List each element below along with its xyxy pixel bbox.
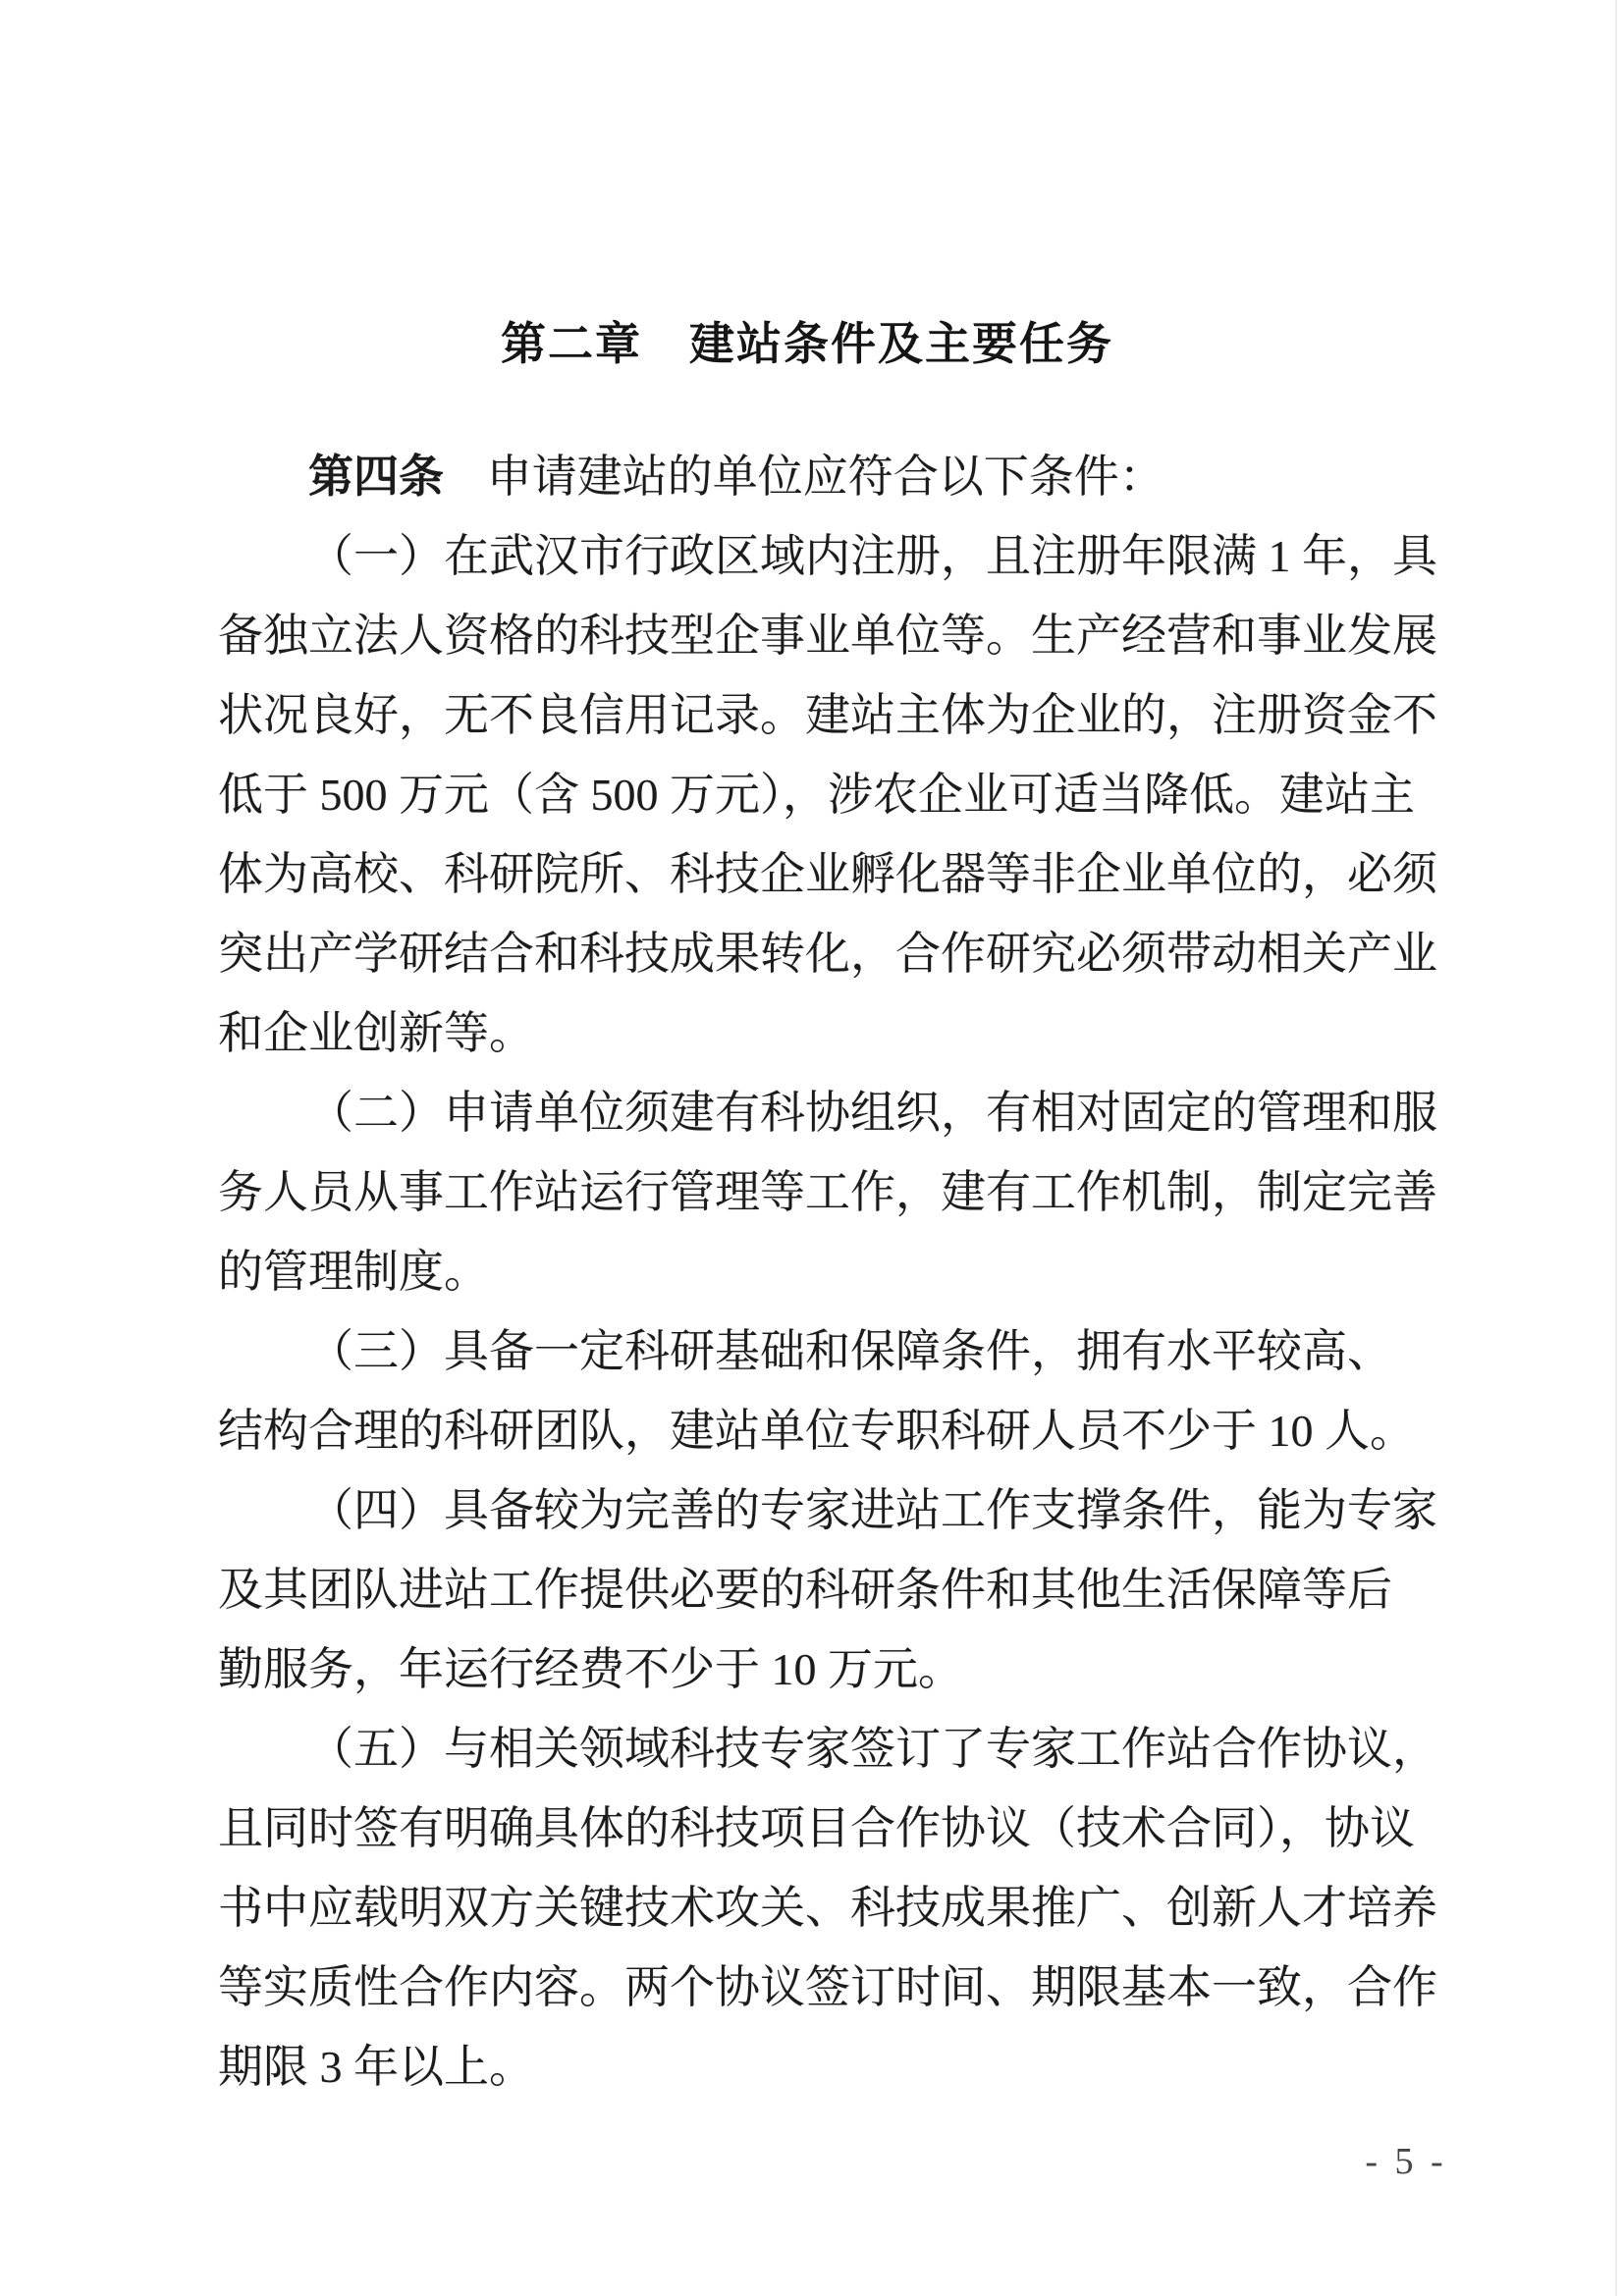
text-line: 务人员从事工作站运行管理等工作，建有工作机制，制定完善 bbox=[218, 1152, 1396, 1232]
text-line: 体为高校、科研院所、科技企业孵化器等非企业单位的，必须 bbox=[218, 834, 1396, 914]
clause-number: 第四条 bbox=[308, 452, 444, 502]
clause-intro-text: 申请建站的单位应符合以下条件： bbox=[487, 452, 1164, 502]
text-line: 状况良好，无不良信用记录。建站主体为企业的，注册资金不 bbox=[218, 675, 1396, 755]
text-line: 期限 3 年以上。 bbox=[218, 2027, 1396, 2107]
text-line: 且同时签有明确具体的科技项目合作协议（技术合同），协议 bbox=[218, 1789, 1396, 1868]
text-line: 备独立法人资格的科技型企事业单位等。生产经营和事业发展 bbox=[218, 596, 1396, 675]
scan-artifact-line bbox=[1615, 0, 1617, 2296]
text-line: （五）与相关领域科技专家签订了专家工作站合作协议， bbox=[218, 1709, 1396, 1789]
document-body: 第四条申请建站的单位应符合以下条件： （一）在武汉市行政区域内注册，且注册年限满… bbox=[218, 437, 1396, 2107]
text-line: 书中应载明双方关键技术攻关、科技成果推广、创新人才培养 bbox=[218, 1868, 1396, 1948]
clause-line: 第四条申请建站的单位应符合以下条件： bbox=[218, 437, 1396, 516]
text-line: 结构合理的科研团队，建站单位专职科研人员不少于 10 人。 bbox=[218, 1391, 1396, 1470]
text-line: （二）申请单位须建有科协组织，有相对固定的管理和服 bbox=[218, 1073, 1396, 1152]
page-number: - 5 - bbox=[1327, 2140, 1485, 2183]
text-line: 等实质性合作内容。两个协议签订时间、期限基本一致，合作 bbox=[218, 1948, 1396, 2027]
text-line: （三）具备一定科研基础和保障条件，拥有水平较高、 bbox=[218, 1311, 1396, 1391]
text-line: 的管理制度。 bbox=[218, 1232, 1396, 1311]
text-line: 及其团队进站工作提供必要的科研条件和其他生活保障等后 bbox=[218, 1550, 1396, 1629]
text-line: 和企业创新等。 bbox=[218, 993, 1396, 1073]
text-line: 低于 500 万元（含 500 万元），涉农企业可适当降低。建站主 bbox=[218, 755, 1396, 834]
document-page: 第二章 建站条件及主要任务 第四条申请建站的单位应符合以下条件： （一）在武汉市… bbox=[0, 0, 1623, 2296]
text-line: （四）具备较为完善的专家进站工作支撑条件，能为专家 bbox=[218, 1470, 1396, 1550]
text-line: （一）在武汉市行政区域内注册，且注册年限满 1 年，具 bbox=[218, 516, 1396, 596]
text-line: 勤服务，年运行经费不少于 10 万元。 bbox=[218, 1629, 1396, 1709]
text-line: 突出产学研结合和科技成果转化，合作研究必须带动相关产业 bbox=[218, 914, 1396, 993]
chapter-heading: 第二章 建站条件及主要任务 bbox=[218, 316, 1396, 371]
